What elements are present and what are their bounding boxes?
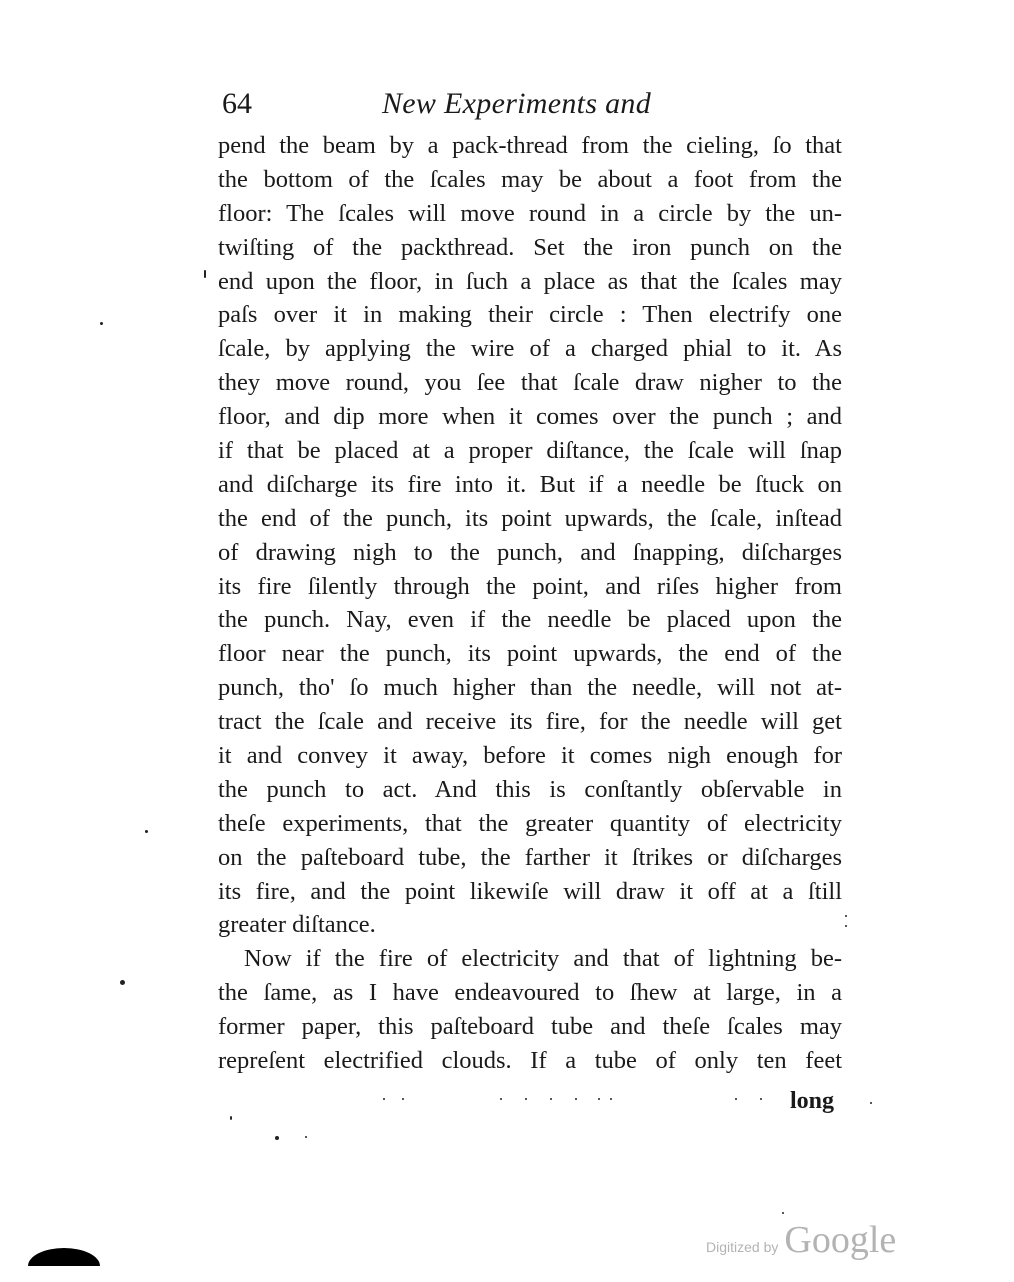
text-line: greater diſtance. <box>218 908 842 942</box>
running-head: 64 New Experiments and <box>220 84 840 124</box>
scan-speck <box>845 925 847 927</box>
text-line: on the paſteboard tube, the farther it ſ… <box>218 841 842 875</box>
text-line: the end of the punch, its point upwards,… <box>218 502 842 536</box>
text-line: pend the beam by a pack-thread from the … <box>218 129 842 163</box>
text-line: tract the ſcale and receive its fire, fo… <box>218 705 842 739</box>
text-line: the ſame, as I have endeavoured to ſhew … <box>218 976 842 1010</box>
scan-speck <box>383 1098 385 1100</box>
scan-speck <box>230 1116 232 1120</box>
scan-speck <box>204 270 206 278</box>
text-line: the punch to act. And this is conſtantly… <box>218 773 842 807</box>
text-line: twiſting of the packthread. Set the iron… <box>218 231 842 265</box>
text-line: punch, tho' ſo much higher than the need… <box>218 671 842 705</box>
book-page: 64 New Experiments and pend the beam by … <box>0 0 1014 1282</box>
text-line: floor, and dip more when it comes over t… <box>218 400 842 434</box>
text-line: it and convey it away, before it comes n… <box>218 739 842 773</box>
scan-speck <box>845 915 847 917</box>
scan-speck <box>598 1098 600 1100</box>
scan-speck <box>735 1098 737 1100</box>
catchword: long <box>790 1088 834 1115</box>
scan-margin-blob <box>28 1248 100 1266</box>
scan-speck <box>525 1098 527 1100</box>
google-logo-text: Google <box>784 1219 896 1261</box>
text-line: the bottom of the ſcales may be about a … <box>218 163 842 197</box>
page-number: 64 <box>222 84 252 124</box>
text-line: paſs over it in making their circle : Th… <box>218 298 842 332</box>
text-line: former paper, this paſteboard tube and t… <box>218 1010 842 1044</box>
scan-speck <box>305 1136 307 1138</box>
text-line: they move round, you ſee that ſcale draw… <box>218 366 842 400</box>
watermark-prefix: Digitized by <box>706 1239 778 1255</box>
text-line: ſcale, by applying the wire of a charged… <box>218 332 842 366</box>
scan-speck <box>575 1098 577 1100</box>
text-line: theſe experiments, that the greater quan… <box>218 807 842 841</box>
text-line: and diſcharge its fire into it. But if a… <box>218 468 842 502</box>
google-watermark: Digitized by Google <box>706 1218 896 1268</box>
text-line: if that be placed at a proper diſtance, … <box>218 434 842 468</box>
text-line: the punch. Nay, even if the needle be pl… <box>218 603 842 637</box>
scan-speck <box>500 1098 502 1100</box>
text-line: repreſent electrified clouds. If a tube … <box>218 1044 842 1078</box>
paragraph-start-line: Now if the fire of electricity and that … <box>218 942 842 976</box>
text-line: floor near the punch, its point upwards,… <box>218 637 842 671</box>
scan-speck <box>550 1098 552 1100</box>
scan-speck <box>782 1212 784 1214</box>
scan-speck <box>610 1098 612 1100</box>
scan-speck <box>120 980 125 985</box>
text-line: of drawing nigh to the punch, and ſnappi… <box>218 536 842 570</box>
scan-speck <box>760 1098 762 1100</box>
scan-speck <box>870 1102 872 1104</box>
scan-speck <box>402 1098 404 1100</box>
running-title: New Experiments and <box>382 84 651 124</box>
body-text: pend the beam by a pack-thread from the … <box>218 129 842 1078</box>
text-line: its fire, and the point likewiſe will dr… <box>218 875 842 909</box>
text-line: end upon the floor, in ſuch a place as t… <box>218 265 842 299</box>
scan-speck <box>145 830 148 833</box>
text-line: floor: The ſcales will move round in a c… <box>218 197 842 231</box>
scan-speck <box>100 322 103 325</box>
text-line: its fire ſilently through the point, and… <box>218 570 842 604</box>
scan-speck <box>275 1136 279 1140</box>
